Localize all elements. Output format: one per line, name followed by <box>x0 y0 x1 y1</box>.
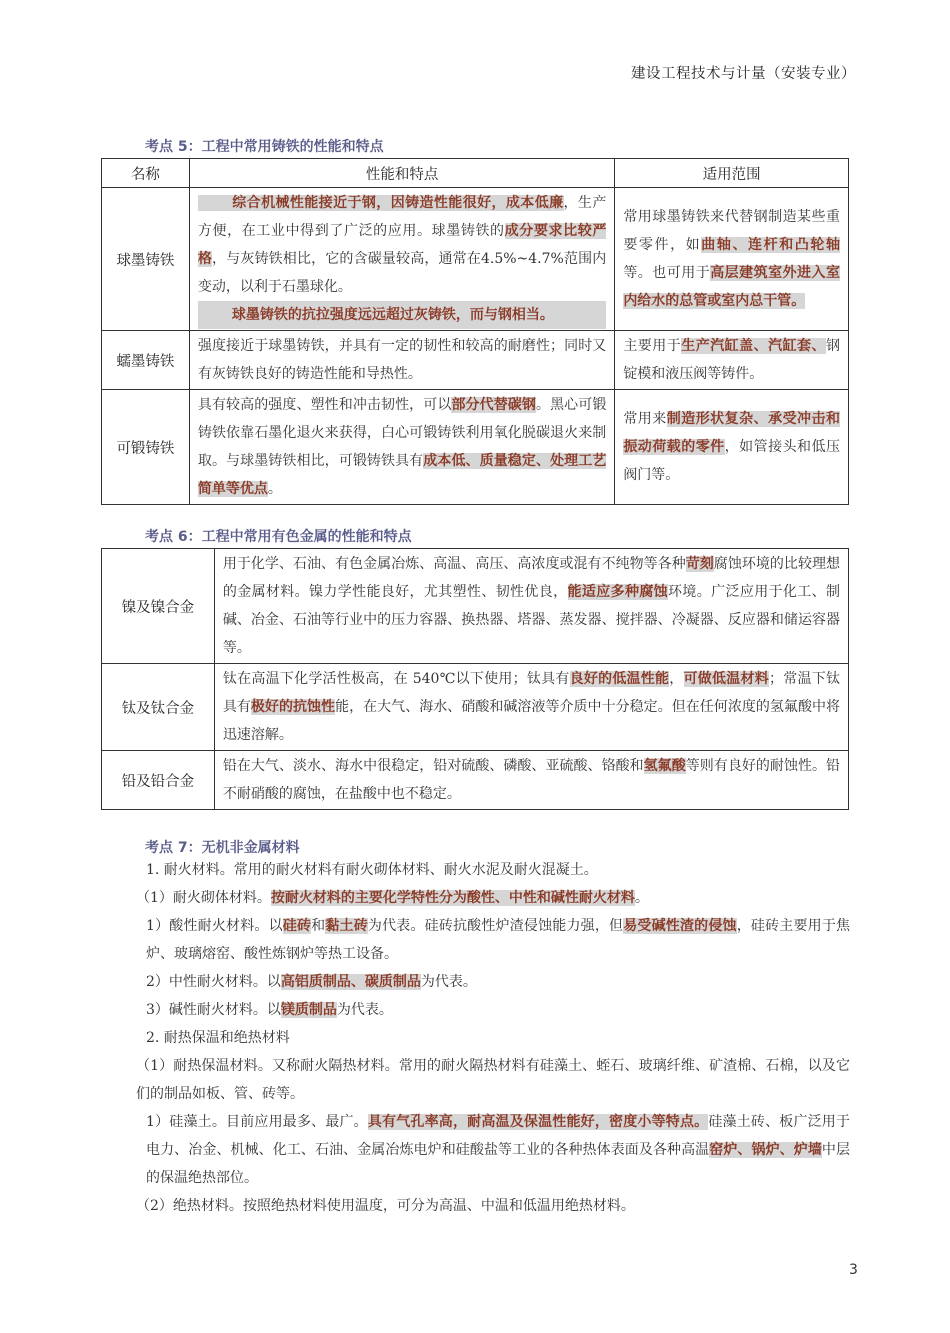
text: （2）绝热材料。按照绝热材料使用温度，可分为高温、中温和低温用绝热材料。 <box>136 1198 635 1214</box>
row-name: 钛及钛合金 <box>102 664 215 751</box>
highlight: 生产汽缸盖、汽缸套、 <box>681 338 826 354</box>
row-name: 蠕墨铸铁 <box>102 331 190 390</box>
text: 1）硅藻土。目前应用最多、最广。 <box>146 1114 368 1130</box>
row-desc: 具有较高的强度、塑性和冲击韧性，可以部分代替碳钢。黑心可锻铸铁依靠石墨化退火来获… <box>189 390 614 505</box>
row-name: 镍及镍合金 <box>102 549 215 664</box>
highlight: 曲轴、连杆和凸轮轴 <box>701 237 840 253</box>
row-desc: 用于化学、石油、有色金属冶炼、高温、高压、高浓度或混有不纯物等各种苛刻腐蚀环境的… <box>214 549 848 664</box>
text: 为代表。 <box>337 1002 393 1018</box>
page-number: 3 <box>849 1262 858 1278</box>
table-row: 蠕墨铸铁 强度接近于球墨铸铁，并具有一定的韧性和较高的耐磨性；同时又有灰铸铁良好… <box>102 331 849 390</box>
text: 钛在高温下化学活性极高，在 540℃以下使用；钛具有 <box>223 671 570 687</box>
paragraph: （1）耐火砌体材料。按耐火材料的主要化学特性分为酸性、中性和碱性耐火材料。 <box>110 884 850 912</box>
text: 为代表。硅砖抗酸性炉渣侵蚀能力强，但 <box>368 918 623 934</box>
highlight: 按耐火材料的主要化学特性分为酸性、中性和碱性耐火材料 <box>271 890 635 906</box>
paragraph: 1）酸性耐火材料。以硅砖和黏土砖为代表。硅砖抗酸性炉渣侵蚀能力强，但易受碱性渣的… <box>110 912 850 968</box>
row-name: 球墨铸铁 <box>102 188 190 331</box>
text: 用于化学、石油、有色金属冶炼、高温、高压、高浓度或混有不纯物等各种 <box>223 556 686 572</box>
highlight: 苛刻 <box>686 556 714 572</box>
highlight: 综合机械性能接近于钢，因铸造性能很好，成本低廉 <box>232 195 564 211</box>
highlight: 窑炉、锅炉、炉墙 <box>709 1142 822 1158</box>
text: （1）耐热保温材料。又称耐火隔热材料。常用的耐火隔热材料有硅藻土、蛭石、玻璃纤维… <box>136 1058 850 1102</box>
row-desc: 钛在高温下化学活性极高，在 540℃以下使用；钛具有良好的低温性能，可做低温材料… <box>214 664 848 751</box>
nonferrous-metals-table: 镍及镍合金 用于化学、石油、有色金属冶炼、高温、高压、高浓度或混有不纯物等各种苛… <box>101 548 849 810</box>
text: 。 <box>635 890 649 906</box>
text: 等。也可用于 <box>623 265 710 281</box>
text: 铅在大气、淡水、海水中很稳定，铅对硫酸、磷酸、亚硫酸、铬酸和 <box>223 758 644 774</box>
row-desc: 强度接近于球墨铸铁，并具有一定的韧性和较高的耐磨性；同时又有灰铸铁良好的铸造性能… <box>189 331 614 390</box>
highlight: 高铝质制品、碳质制品 <box>281 974 421 990</box>
page-header-title: 建设工程技术与计量（安装专业） <box>631 62 856 83</box>
paragraph: 2. 耐热保温和绝热材料 <box>110 1024 850 1052</box>
section-6-title: 考点 6：工程中常用有色金属的性能和特点 <box>145 526 412 546</box>
highlight: 氢氟酸 <box>644 758 686 774</box>
highlight: 极好的抗蚀性 <box>251 699 335 715</box>
row-desc: 综合机械性能接近于钢，因铸造性能很好，成本低廉，生产方便，在工业中得到了广泛的应… <box>189 188 614 331</box>
row-name: 可锻铸铁 <box>102 390 190 505</box>
table-row: 铅及铅合金 铅在大气、淡水、海水中很稳定，铅对硫酸、磷酸、亚硫酸、铬酸和氢氟酸等… <box>102 751 849 810</box>
highlight: 良好的低温性能 <box>570 671 670 687</box>
section-7-title: 考点 7：无机非金属材料 <box>145 837 300 857</box>
text: 。 <box>268 481 282 497</box>
text: 具有较高的强度、塑性和冲击韧性，可以 <box>198 397 452 413</box>
row-scope: 常用球墨铸铁来代替钢制造某些重要零件，如曲轴、连杆和凸轮轴等。也可用于高层建筑室… <box>615 188 849 331</box>
text: 2. 耐热保温和绝热材料 <box>146 1030 290 1046</box>
text: （1）耐火砌体材料。 <box>136 890 271 906</box>
paragraph: （1）耐热保温材料。又称耐火隔热材料。常用的耐火隔热材料有硅藻土、蛭石、玻璃纤维… <box>110 1052 850 1108</box>
row-scope: 主要用于生产汽缸盖、汽缸套、钢锭模和液压阀等铸件。 <box>615 331 849 390</box>
column-header-scope: 适用范围 <box>615 159 849 188</box>
highlight: 硅砖 <box>283 918 311 934</box>
highlight: 易受碱性渣的侵蚀 <box>623 918 736 934</box>
text: 为代表。 <box>421 974 477 990</box>
table-row: 球墨铸铁 综合机械性能接近于钢，因铸造性能很好，成本低廉，生产方便，在工业中得到… <box>102 188 849 331</box>
table-row: 镍及镍合金 用于化学、石油、有色金属冶炼、高温、高压、高浓度或混有不纯物等各种苛… <box>102 549 849 664</box>
text: 和 <box>311 918 325 934</box>
paragraph: （2）绝热材料。按照绝热材料使用温度，可分为高温、中温和低温用绝热材料。 <box>110 1192 850 1220</box>
highlight: 具有气孔率高，耐高温及保温性能好，密度小等特点。 <box>368 1114 708 1130</box>
text: 3）碱性耐火材料。以 <box>146 1002 281 1018</box>
text: ， <box>669 671 683 687</box>
text: 主要用于 <box>623 338 681 354</box>
paragraph: 1. 耐火材料。常用的耐火材料有耐火砌体材料、耐火水泥及耐火混凝土。 <box>110 856 850 884</box>
text: 常用来 <box>623 411 666 427</box>
row-name: 铅及铅合金 <box>102 751 215 810</box>
highlight: 黏土砖 <box>325 918 368 934</box>
highlight: 可做低温材料 <box>684 671 769 687</box>
paragraph: 1）硅藻土。目前应用最多、最广。具有气孔率高，耐高温及保温性能好，密度小等特点。… <box>110 1108 850 1192</box>
text: 1）酸性耐火材料。以 <box>146 918 283 934</box>
cast-iron-table: 名称 性能和特点 适用范围 球墨铸铁 综合机械性能接近于钢，因铸造性能很好，成本… <box>101 158 849 505</box>
column-header-properties: 性能和特点 <box>189 159 614 188</box>
table-row: 钛及钛合金 钛在高温下化学活性极高，在 540℃以下使用；钛具有良好的低温性能，… <box>102 664 849 751</box>
text: 1. 耐火材料。常用的耐火材料有耐火砌体材料、耐火水泥及耐火混凝土。 <box>146 862 598 878</box>
highlight: 能适应多种腐蚀 <box>568 584 669 600</box>
column-header-name: 名称 <box>102 159 190 188</box>
table-header-row: 名称 性能和特点 适用范围 <box>102 159 849 188</box>
paragraph: 3）碱性耐火材料。以镁质制品为代表。 <box>110 996 850 1024</box>
row-scope: 常用来制造形状复杂、承受冲击和振动荷载的零件，如管接头和低压阀门等。 <box>615 390 849 505</box>
paragraph: 2）中性耐火材料。以高铝质制品、碳质制品为代表。 <box>110 968 850 996</box>
highlight: 镁质制品 <box>281 1002 337 1018</box>
table-row: 可锻铸铁 具有较高的强度、塑性和冲击韧性，可以部分代替碳钢。黑心可锻铸铁依靠石墨… <box>102 390 849 505</box>
text: 2）中性耐火材料。以 <box>146 974 281 990</box>
highlight: 部分代替碳钢 <box>451 397 536 413</box>
section-7-body: 1. 耐火材料。常用的耐火材料有耐火砌体材料、耐火水泥及耐火混凝土。 （1）耐火… <box>110 856 850 1220</box>
section-5-title: 考点 5：工程中常用铸铁的性能和特点 <box>145 136 384 156</box>
highlight: 球墨铸铁的抗拉强度远远超过灰铸铁，而与钢相当。 <box>232 307 554 323</box>
text: ，与灰铸铁相比，它的含碳量较高，通常在4.5%~4.7%范围内变动，以利于石墨球… <box>198 251 606 295</box>
text: 强度接近于球墨铸铁，并具有一定的韧性和较高的耐磨性；同时又有灰铸铁良好的铸造性能… <box>198 338 606 382</box>
row-desc: 铅在大气、淡水、海水中很稳定，铅对硫酸、磷酸、亚硫酸、铬酸和氢氟酸等则有良好的耐… <box>214 751 848 810</box>
